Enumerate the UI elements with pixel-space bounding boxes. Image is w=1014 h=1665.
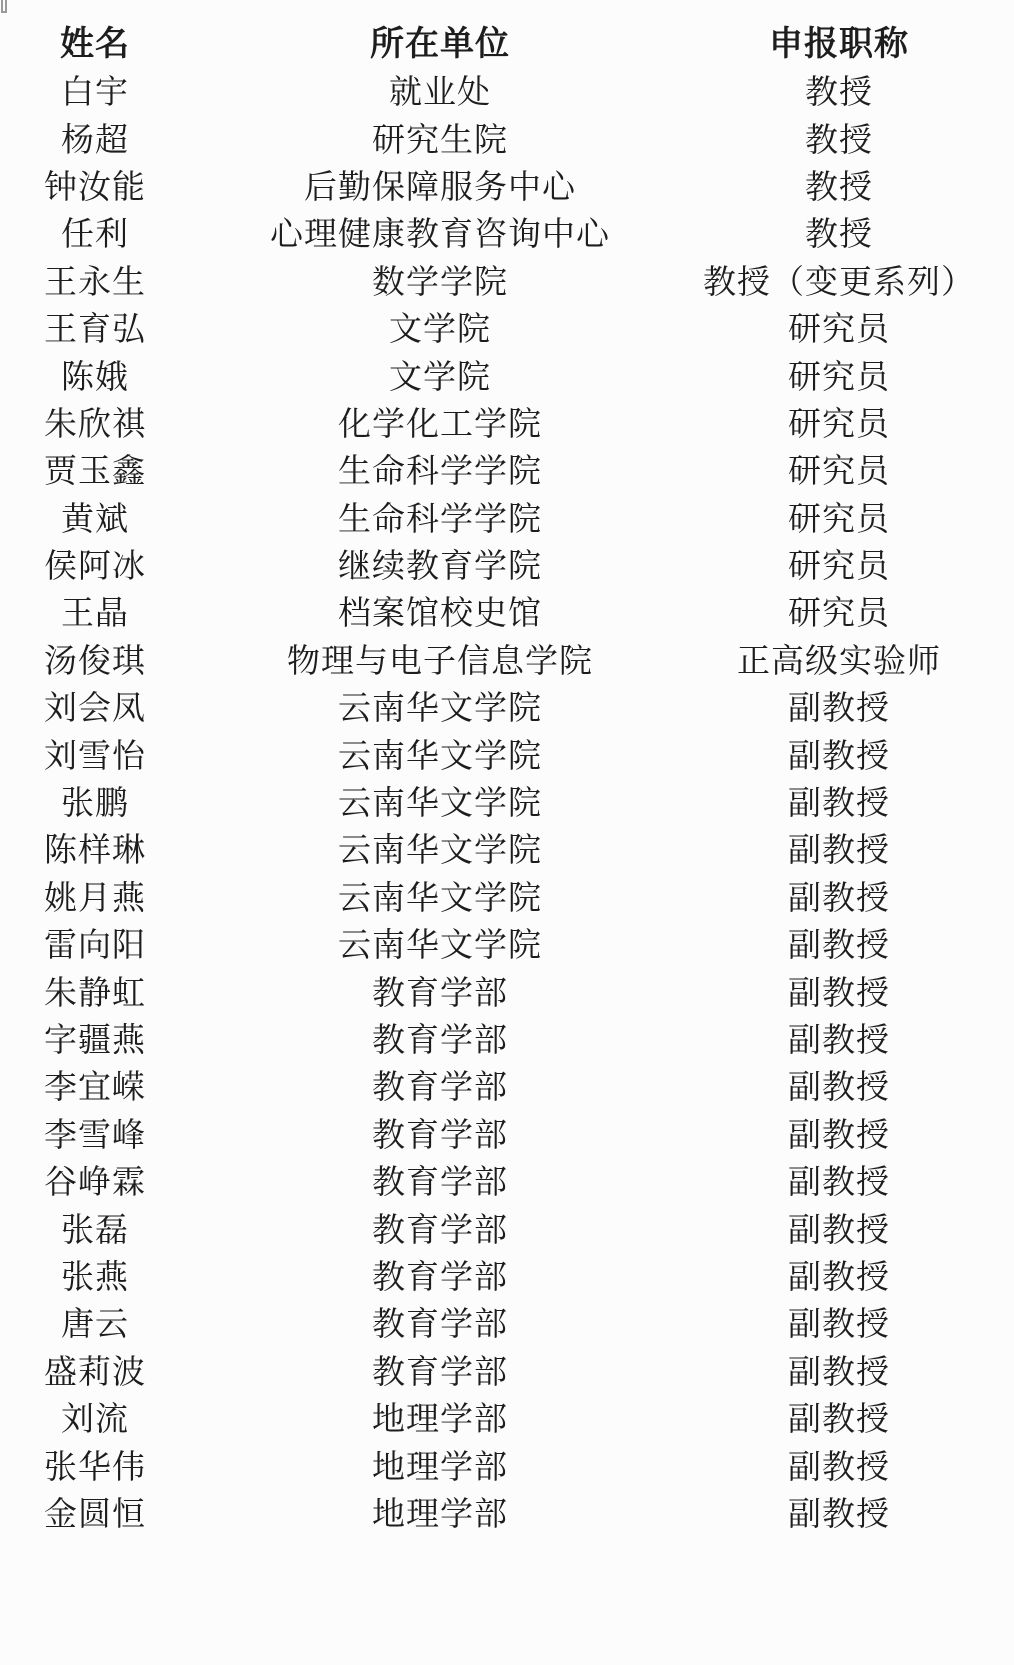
person-unit: 教育学部	[190, 967, 690, 1014]
person-name: 汤俊琪	[0, 635, 190, 682]
declared-title: 副教授	[690, 967, 1014, 1014]
person-unit: 化学化工学院	[190, 398, 690, 445]
table-row: 张鹏 云南华文学院 副教授	[0, 777, 1014, 824]
table-row: 任利 心理健康教育咨询中心 教授	[0, 208, 1014, 255]
person-unit: 继续教育学院	[190, 540, 690, 587]
table-row: 刘流 地理学部 副教授	[0, 1393, 1014, 1440]
table-row: 钟汝能 后勤保障服务中心 教授	[0, 161, 1014, 208]
person-name: 刘雪怡	[0, 730, 190, 777]
person-name: 唐云	[0, 1298, 190, 1345]
table-row: 雷向阳 云南华文学院 副教授	[0, 919, 1014, 966]
table-row: 李宜嵘 教育学部 副教授	[0, 1061, 1014, 1108]
declared-title: 副教授	[690, 1393, 1014, 1440]
declared-title: 副教授	[690, 919, 1014, 966]
declared-title: 副教授	[690, 1156, 1014, 1203]
person-unit: 文学院	[190, 303, 690, 350]
declared-title: 研究员	[690, 587, 1014, 634]
table-header-row: 姓名 所在单位 申报职称	[0, 14, 1014, 66]
table-row: 白宇 就业处 教授	[0, 66, 1014, 113]
declared-title: 副教授	[690, 682, 1014, 729]
person-unit: 云南华文学院	[190, 777, 690, 824]
person-name: 王永生	[0, 256, 190, 303]
declared-title: 副教授	[690, 1251, 1014, 1298]
person-name: 刘会凤	[0, 682, 190, 729]
table-body: 白宇 就业处 教授 杨超 研究生院 教授 钟汝能 后勤保障服务中心 教授 任利 …	[0, 66, 1014, 1535]
person-unit: 地理学部	[190, 1488, 690, 1535]
person-unit: 云南华文学院	[190, 824, 690, 871]
table-row: 李雪峰 教育学部 副教授	[0, 1109, 1014, 1156]
table-row: 黄斌 生命科学学院 研究员	[0, 493, 1014, 540]
declared-title: 教授（变更系列）	[690, 256, 1014, 303]
table-row: 陈娥 文学院 研究员	[0, 350, 1014, 397]
person-unit: 数学学院	[190, 256, 690, 303]
declared-title: 副教授	[690, 1346, 1014, 1393]
declared-title: 研究员	[690, 303, 1014, 350]
person-unit: 研究生院	[190, 114, 690, 161]
declared-title: 副教授	[690, 1441, 1014, 1488]
person-unit: 教育学部	[190, 1346, 690, 1393]
table-row: 朱静虹 教育学部 副教授	[0, 966, 1014, 1013]
declared-title: 研究员	[690, 351, 1014, 398]
declared-title: 副教授	[690, 1298, 1014, 1345]
declared-title: 副教授	[690, 1061, 1014, 1108]
header-title: 申报职称	[690, 16, 1014, 65]
person-name: 侯阿冰	[0, 540, 190, 587]
person-name: 杨超	[0, 114, 190, 161]
person-unit: 档案馆校史馆	[190, 587, 690, 634]
person-unit: 教育学部	[190, 1109, 690, 1156]
person-name: 金圆恒	[0, 1488, 190, 1535]
person-unit: 地理学部	[190, 1393, 690, 1440]
person-unit: 就业处	[190, 66, 690, 113]
table-row: 谷峥霖 教育学部 副教授	[0, 1156, 1014, 1203]
declared-title: 副教授	[690, 777, 1014, 824]
person-unit: 物理与电子信息学院	[190, 635, 690, 682]
declared-title: 副教授	[690, 1109, 1014, 1156]
table-row: 贾玉鑫 生命科学学院 研究员	[0, 445, 1014, 492]
person-name: 李宜嵘	[0, 1061, 190, 1108]
person-name: 白宇	[0, 66, 190, 113]
person-name: 盛莉波	[0, 1346, 190, 1393]
person-name: 雷向阳	[0, 919, 190, 966]
person-name: 谷峥霖	[0, 1156, 190, 1203]
person-unit: 教育学部	[190, 1251, 690, 1298]
table-row: 杨超 研究生院 教授	[0, 113, 1014, 160]
person-unit: 心理健康教育咨询中心	[190, 208, 690, 255]
person-unit: 教育学部	[190, 1298, 690, 1345]
person-unit: 文学院	[190, 351, 690, 398]
declared-title: 研究员	[690, 398, 1014, 445]
declared-title: 副教授	[690, 1204, 1014, 1251]
declared-title: 副教授	[690, 1014, 1014, 1061]
person-unit: 地理学部	[190, 1441, 690, 1488]
person-name: 张磊	[0, 1204, 190, 1251]
person-unit: 后勤保障服务中心	[190, 161, 690, 208]
table-row: 张华伟 地理学部 副教授	[0, 1440, 1014, 1487]
table-row: 侯阿冰 继续教育学院 研究员	[0, 540, 1014, 587]
person-name: 陈娥	[0, 351, 190, 398]
person-name: 张华伟	[0, 1441, 190, 1488]
table-row: 刘会凤 云南华文学院 副教授	[0, 682, 1014, 729]
person-unit: 云南华文学院	[190, 730, 690, 777]
table-row: 盛莉波 教育学部 副教授	[0, 1346, 1014, 1393]
person-unit: 教育学部	[190, 1156, 690, 1203]
table-row: 刘雪怡 云南华文学院 副教授	[0, 729, 1014, 776]
person-name: 朱静虹	[0, 967, 190, 1014]
person-name: 贾玉鑫	[0, 445, 190, 492]
person-name: 王育弘	[0, 303, 190, 350]
table-row: 唐云 教育学部 副教授	[0, 1298, 1014, 1345]
person-name: 李雪峰	[0, 1109, 190, 1156]
declared-title: 教授	[690, 208, 1014, 255]
person-name: 王晶	[0, 587, 190, 634]
person-name: 张鹏	[0, 777, 190, 824]
roster-table: 姓名 所在单位 申报职称 白宇 就业处 教授 杨超 研究生院 教授 钟汝能 后勤…	[0, 0, 1014, 1535]
declared-title: 副教授	[690, 824, 1014, 871]
person-name: 刘流	[0, 1393, 190, 1440]
person-name: 陈样琳	[0, 824, 190, 871]
table-row: 朱欣祺 化学化工学院 研究员	[0, 398, 1014, 445]
person-name: 字疆燕	[0, 1014, 190, 1061]
person-name: 朱欣祺	[0, 398, 190, 445]
declared-title: 副教授	[690, 1488, 1014, 1535]
header-name: 姓名	[0, 16, 190, 65]
table-row: 字疆燕 教育学部 副教授	[0, 1014, 1014, 1061]
declared-title: 教授	[690, 66, 1014, 113]
person-unit: 生命科学学院	[190, 493, 690, 540]
declared-title: 正高级实验师	[690, 635, 1014, 682]
person-unit: 教育学部	[190, 1014, 690, 1061]
declared-title: 教授	[690, 114, 1014, 161]
table-row: 张燕 教育学部 副教授	[0, 1251, 1014, 1298]
declared-title: 研究员	[690, 445, 1014, 492]
header-unit: 所在单位	[190, 16, 690, 65]
table-row: 金圆恒 地理学部 副教授	[0, 1488, 1014, 1535]
person-name: 钟汝能	[0, 161, 190, 208]
table-row: 姚月燕 云南华文学院 副教授	[0, 872, 1014, 919]
person-unit: 教育学部	[190, 1204, 690, 1251]
person-unit: 云南华文学院	[190, 919, 690, 966]
table-row: 王晶 档案馆校史馆 研究员	[0, 587, 1014, 634]
table-row: 汤俊琪 物理与电子信息学院 正高级实验师	[0, 635, 1014, 682]
table-row: 王永生 数学学院 教授（变更系列）	[0, 256, 1014, 303]
person-name: 姚月燕	[0, 872, 190, 919]
declared-title: 研究员	[690, 540, 1014, 587]
person-unit: 云南华文学院	[190, 682, 690, 729]
declared-title: 教授	[690, 161, 1014, 208]
declared-title: 副教授	[690, 730, 1014, 777]
table-row: 王育弘 文学院 研究员	[0, 303, 1014, 350]
scan-edge-artifact	[1, 0, 7, 13]
declared-title: 副教授	[690, 872, 1014, 919]
person-name: 张燕	[0, 1251, 190, 1298]
table-row: 张磊 教育学部 副教授	[0, 1203, 1014, 1250]
declared-title: 研究员	[690, 493, 1014, 540]
person-unit: 教育学部	[190, 1061, 690, 1108]
person-name: 黄斌	[0, 493, 190, 540]
person-unit: 云南华文学院	[190, 872, 690, 919]
person-unit: 生命科学学院	[190, 445, 690, 492]
table-row: 陈样琳 云南华文学院 副教授	[0, 824, 1014, 871]
person-name: 任利	[0, 208, 190, 255]
